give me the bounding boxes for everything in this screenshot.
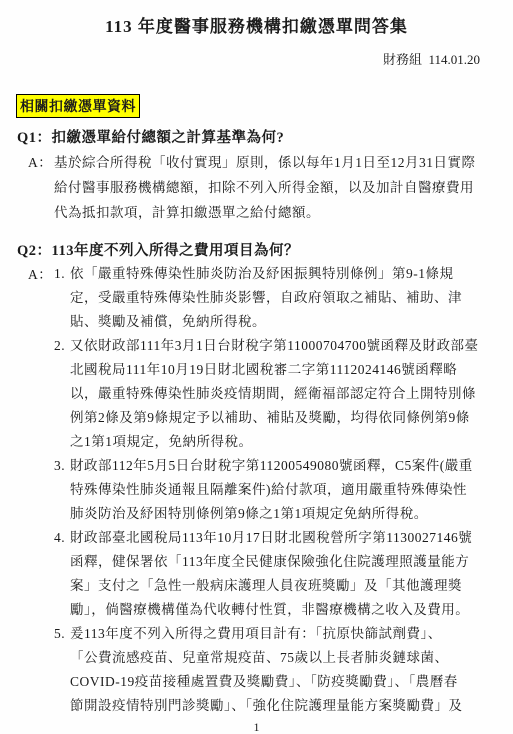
question-q1: Q1：扣繳憑單給付總額之計算基準為何?	[17, 126, 513, 147]
q2-label: Q2：	[17, 243, 52, 259]
answer-line: 案」支付之「急性一般病床護理人員夜班獎勵」及「其他護理獎	[70, 574, 513, 598]
q1-question: 扣繳憑單給付總額之計算基準為何?	[52, 130, 285, 146]
list-item: 1. 依「嚴重特殊傳染性肺炎防治及紓困振興特別條例」第9-1條規 定，受嚴重特殊…	[54, 262, 513, 334]
answer-line: 之1第1項規定，免納所得稅。	[70, 430, 513, 454]
answer-line: 基於綜合所得稅「收付實現」原則，係以每年1月1日至12月31日實際	[54, 150, 513, 175]
answer-line: 肺炎防治及紓困特別條例第9條之1第1項規定免納所得稅。	[70, 502, 513, 526]
answer-a2: A： 1. 依「嚴重特殊傳染性肺炎防治及紓困振興特別條例」第9-1條規 定，受嚴…	[28, 262, 513, 718]
item-lines: 財政部112年5月5日台財稅字第11200549080號函釋，C5案件(嚴重 特…	[70, 454, 513, 526]
list-item: 3. 財政部112年5月5日台財稅字第11200549080號函釋，C5案件(嚴…	[54, 454, 513, 526]
item-number: 2.	[54, 334, 70, 454]
answer-line: 勵」，倘醫療機構僅為代收轉付性質，非醫療機構之收入及費用。	[70, 598, 513, 622]
answer-line: 貼、獎勵及補償，免納所得稅。	[70, 310, 513, 334]
answer-label: A：	[28, 262, 54, 718]
question-q2: Q2：113年度不列入所得之費用項目為何？	[17, 239, 513, 260]
answer-a1: A： 基於綜合所得稅「收付實現」原則，係以每年1月1日至12月31日實際 給付醫…	[28, 150, 513, 225]
document-page: 113 年度醫事服務機構扣繳憑單問答集 財務組 114.01.20 相關扣繳憑單…	[0, 0, 513, 734]
answer-label: A：	[28, 150, 54, 225]
byline: 財務組 114.01.20	[0, 49, 513, 68]
answer-line: 以，嚴重特殊傳染性肺炎疫情期間，經衛福部認定符合上開特別條	[70, 382, 513, 406]
list-item: 2. 又依財政部111年3月1日台財稅字第11000704700號函釋及財政部臺…	[54, 334, 513, 454]
answer-line: COVID-19疫苗接種處置費及獎勵費」、「防疫獎勵費」、「農曆春	[70, 670, 513, 694]
item-number: 3.	[54, 454, 70, 526]
page-number: 1	[0, 720, 513, 734]
list-item: 5. 爰113年度不列入所得之費用項目計有：「抗原快篩試劑費」、 「公費流感疫苗…	[54, 622, 513, 718]
answer-body: 1. 依「嚴重特殊傳染性肺炎防治及紓困振興特別條例」第9-1條規 定，受嚴重特殊…	[54, 262, 513, 718]
answer-line: 函釋，健保署依「113年度全民健康保險強化住院護理照護量能方	[70, 550, 513, 574]
answer-line: 代為抵扣款項，計算扣繳憑單之給付總額。	[54, 200, 513, 225]
item-lines: 又依財政部111年3月1日台財稅字第11000704700號函釋及財政部臺 北國…	[70, 334, 513, 454]
answer-line: 例第2條及第9條規定予以補助、補貼及獎勵，均得依同條例第9條	[70, 406, 513, 430]
page-title: 113 年度醫事服務機構扣繳憑單問答集	[0, 0, 513, 37]
q2-question: 113年度不列入所得之費用項目為何？	[52, 243, 299, 259]
answer-line: 財政部臺北國稅局113年10月17日財北國稅營所字第1130027146號	[70, 526, 513, 550]
item-number: 5.	[54, 622, 70, 718]
item-lines: 依「嚴重特殊傳染性肺炎防治及紓困振興特別條例」第9-1條規 定，受嚴重特殊傳染性…	[70, 262, 513, 334]
answer-line: 又依財政部111年3月1日台財稅字第11000704700號函釋及財政部臺	[70, 334, 513, 358]
item-lines: 爰113年度不列入所得之費用項目計有：「抗原快篩試劑費」、 「公費流感疫苗、兒童…	[70, 622, 513, 718]
answer-line: 「公費流感疫苗、兒童常規疫苗、75歲以上長者肺炎鏈球菌、	[70, 646, 513, 670]
answer-line: 爰113年度不列入所得之費用項目計有：「抗原快篩試劑費」、	[70, 622, 513, 646]
list-item: 4. 財政部臺北國稅局113年10月17日財北國稅營所字第1130027146號…	[54, 526, 513, 622]
answer-line: 北國稅局111年10月19日財北國稅審二字第1112024146號函釋略	[70, 358, 513, 382]
item-lines: 財政部臺北國稅局113年10月17日財北國稅營所字第1130027146號 函釋…	[70, 526, 513, 622]
answer-line: 節開設疫情特別門診獎勵」、「強化住院護理量能方案獎勵費」及	[70, 694, 513, 718]
item-number: 1.	[54, 262, 70, 334]
answer-line: 依「嚴重特殊傳染性肺炎防治及紓困振興特別條例」第9-1條規	[70, 262, 513, 286]
answer-body: 基於綜合所得稅「收付實現」原則，係以每年1月1日至12月31日實際 給付醫事服務…	[54, 150, 513, 225]
section-heading: 相關扣繳憑單資料	[16, 94, 140, 118]
answer-line: 特殊傳染性肺炎通報且隔離案件)給付款項，適用嚴重特殊傳染性	[70, 478, 513, 502]
q1-label: Q1：	[17, 130, 52, 146]
answer-line: 給付醫事服務機構總額，扣除不列入所得金額，以及加計自醫療費用	[54, 175, 513, 200]
answer-line: 財政部112年5月5日台財稅字第11200549080號函釋，C5案件(嚴重	[70, 454, 513, 478]
item-number: 4.	[54, 526, 70, 622]
answer-line: 定，受嚴重特殊傳染性肺炎影響，自政府領取之補貼、補助、津	[70, 286, 513, 310]
